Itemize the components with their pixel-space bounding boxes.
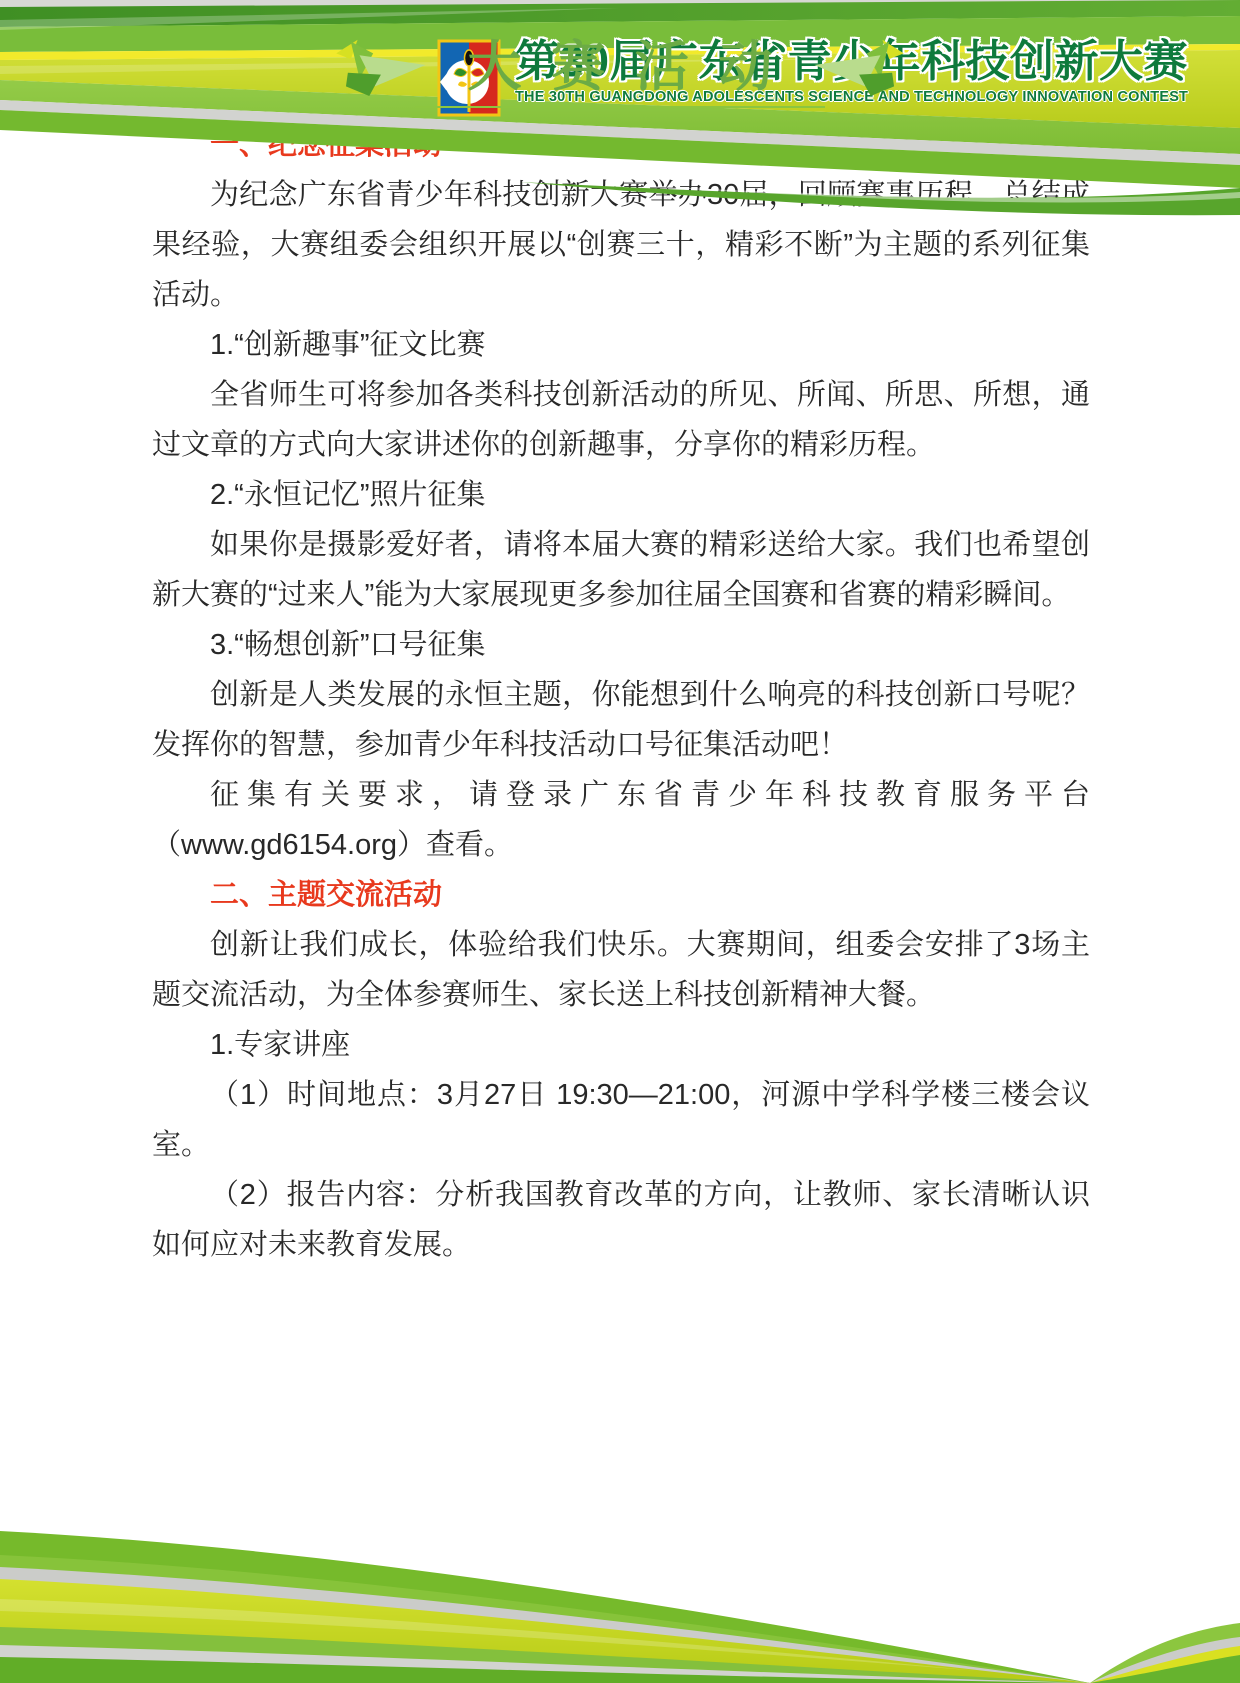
- origami-bird-right-icon: [808, 30, 916, 98]
- banner-underline: [415, 106, 825, 108]
- paragraph: （1）时间地点：3月27日 19:30—21:00，河源中学科学楼三楼会议室。: [152, 1070, 1090, 1170]
- paragraph: 1.“创新趣事”征文比赛: [152, 320, 1090, 370]
- section-heading: 二、主题交流活动: [152, 870, 1090, 920]
- section-banner: 大赛活动: [0, 26, 1240, 110]
- paragraph: 创新是人类发展的永恒主题，你能想到什么响亮的科技创新口号呢？发挥你的智慧，参加青…: [152, 670, 1090, 770]
- poster-page: 第30届广东省青少年科技创新大赛 THE 30TH GUANGDONG ADOL…: [0, 0, 1240, 1683]
- paragraph: （2）报告内容：分析我国教育改革的方向，让教师、家长清晰认识如何应对未来教育发展…: [152, 1170, 1090, 1270]
- origami-bird-left-icon: [324, 30, 432, 98]
- paragraph: 1.专家讲座: [152, 1020, 1090, 1070]
- paragraph: 征集有关要求，请登录广东省青少年科技教育服务平台（www.gd6154.org）…: [152, 770, 1090, 870]
- paragraph: 全省师生可将参加各类科技创新活动的所见、所闻、所思、所想，通过文章的方式向大家讲…: [152, 370, 1090, 470]
- document-body: 一、纪念征集活动 为纪念广东省青少年科技创新大赛举办30届，回顾赛事历程，总结成…: [152, 120, 1090, 1270]
- paragraph: 3.“畅想创新”口号征集: [152, 620, 1090, 670]
- paragraph: 创新让我们成长，体验给我们快乐。大赛期间，组委会安排了3场主题交流活动，为全体参…: [152, 920, 1090, 1020]
- banner-title: 大赛活动: [438, 34, 803, 94]
- paragraph: 如果你是摄影爱好者，请将本届大赛的精彩送给大家。我们也希望创新大赛的“过来人”能…: [152, 520, 1090, 620]
- paragraph: 2.“永恒记忆”照片征集: [152, 470, 1090, 520]
- footer-ribbon-graphic: [0, 1525, 1240, 1683]
